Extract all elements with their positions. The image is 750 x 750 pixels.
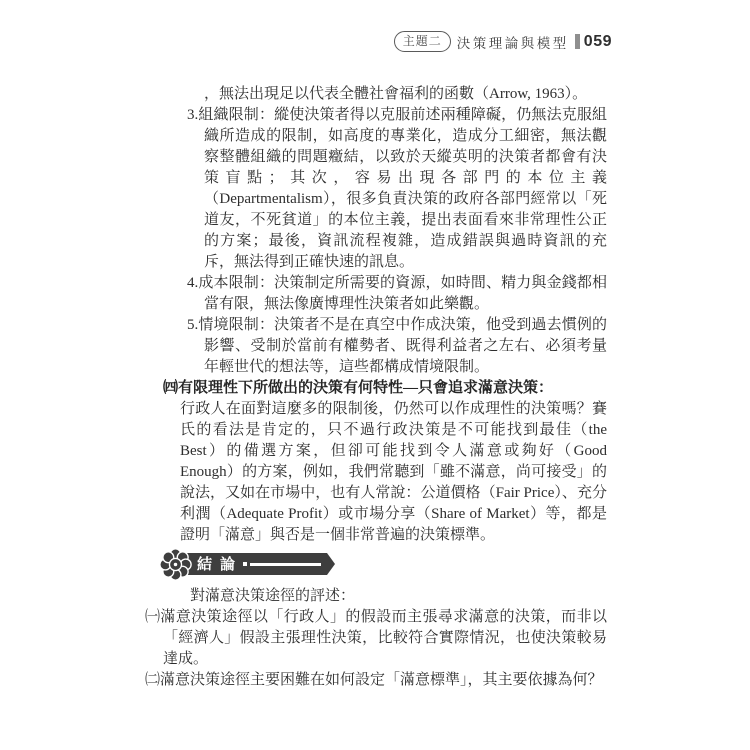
- banner-dot: [243, 562, 247, 566]
- section-heading: ㈣有限理性下所做出的決策有何特性—只會追求滿意決策：: [163, 378, 607, 399]
- list-item-4: 4.成本限制：決策制定所需要的資源，如時間、精力與金錢都相當有限，無法像廣博理性…: [163, 273, 607, 315]
- list-item-text: 情境限制：決策者不是在真空中作成決策，他受到過去慣例的影響、受制於當前有權勢者、…: [198, 317, 607, 375]
- conclusion-point-1: ㈠滿意決策途徑以「行政人」的假設而主張尋求滿意的決策，而非以「經濟人」假設主張理…: [163, 607, 607, 670]
- conclusion-intro: 對滿意決策途徑的評述：: [163, 586, 607, 607]
- paragraph-continuation: ，無法出現足以代表全體社會福利的函數（Arrow, 1963）。: [163, 84, 607, 105]
- list-item-number: 4.: [187, 275, 198, 291]
- rosette-flower-icon: [159, 548, 192, 581]
- list-item-text: 成本限制：決策制定所需要的資源，如時間、精力與金錢都相當有限，無法像廣博理性決策…: [198, 275, 607, 312]
- conclusion-point-2: ㈡滿意決策途徑主要困難在如何設定「滿意標準」，其主要依據為何？: [163, 670, 607, 691]
- conclusion-banner-bar: 結論: [185, 553, 335, 575]
- conclusion-banner: 結論: [159, 549, 607, 579]
- page-header: 主題二 決策理論與模型 059: [0, 31, 612, 52]
- list-item-3: 3.組織限制：縱使決策者得以克服前述兩種障礙，仍無法克服組織所造成的限制，如高度…: [163, 105, 607, 273]
- page-number-separator: [575, 34, 580, 49]
- page-number: 059: [584, 33, 612, 51]
- list-item-5: 5.情境限制：決策者不是在真空中作成決策，他受到過去慣例的影響、受制於當前有權勢…: [163, 315, 607, 378]
- list-item-text: 組織限制：縱使決策者得以克服前述兩種障礙，仍無法克服組織所造成的限制，如高度的專…: [198, 107, 607, 270]
- list-item-number: 5.: [187, 317, 198, 333]
- conclusion-label: 結論: [197, 557, 243, 572]
- topic-badge: 主題二: [394, 31, 451, 52]
- list-item-number: 3.: [187, 107, 198, 123]
- section-paragraph: 行政人在面對這麼多的限制後，仍然可以作成理性的決策嗎？賽氏的看法是肯定的，只不過…: [163, 399, 607, 546]
- chapter-title: 決策理論與模型: [457, 32, 569, 52]
- conclusion-section: 對滿意決策途徑的評述： ㈠滿意決策途徑以「行政人」的假設而主張尋求滿意的決策，而…: [163, 586, 607, 691]
- page-body: ，無法出現足以代表全體社會福利的函數（Arrow, 1963）。 3.組織限制：…: [163, 84, 607, 691]
- banner-line: [250, 563, 321, 566]
